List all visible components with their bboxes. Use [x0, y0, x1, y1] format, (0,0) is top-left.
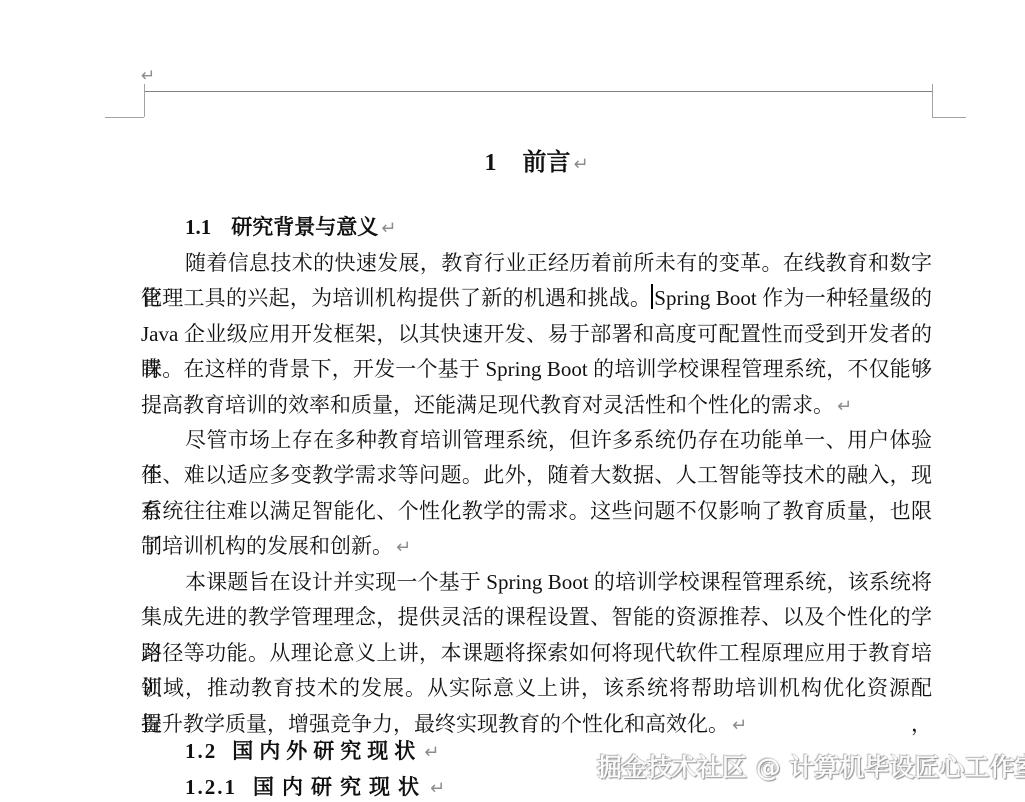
margin-mark-left-vertical: [144, 84, 145, 117]
text-cursor: [651, 284, 653, 309]
text-line[interactable]: 了培训机构的发展和创新。↵: [141, 529, 932, 564]
text-line[interactable]: 路径等功能。从理论意义上讲，本课题将探索如何将现代软件工程原理应用于教育培训: [141, 636, 932, 671]
document-page: ↵ 1前言↵ 1.1研究背景与意义↵ 随着信息技术的快速发展，教育行业正经历着前…: [0, 0, 1025, 802]
text-line[interactable]: Java 企业级应用开发框架，以其快速开发、易于部署和高度可配置性而受到开发者的…: [141, 317, 932, 352]
heading-text: 国内研究现状: [253, 775, 427, 799]
chapter-title[interactable]: 1前言↵: [141, 147, 932, 181]
text-line[interactable]: 尽管市场上存在多种教育培训管理系统，但许多系统仍存在功能单一、用户体验不: [141, 423, 932, 458]
heading-text: 研究背景与意义: [231, 215, 378, 239]
paragraph-mark-icon: ↵: [732, 715, 747, 736]
paragraph-mark-icon: ↵: [381, 218, 396, 239]
margin-mark-right-vertical: [932, 84, 933, 117]
heading-number: 1.1: [185, 215, 211, 239]
heading-text: 国内外研究现状: [232, 739, 421, 763]
paragraph-mark-icon: ↵: [430, 778, 445, 799]
text-boundary-top-line: [144, 91, 932, 92]
paragraph-3: 本课题旨在设计并实现一个基于 Spring Boot 的培训学校课程管理系统，该…: [141, 565, 932, 742]
header-paragraph-mark-icon: ↵: [141, 68, 155, 85]
text-line[interactable]: 领域，推动教育技术的发展。从实际意义上讲，该系统将帮助培训机构优化资源配置，: [141, 671, 932, 706]
heading-number: 1.2.1: [185, 775, 237, 799]
paragraph-mark-icon: ↵: [424, 742, 439, 763]
text-line[interactable]: 本课题旨在设计并实现一个基于 Spring Boot 的培训学校课程管理系统，该…: [141, 565, 932, 600]
text-line[interactable]: 提高教育培训的效率和质量，还能满足现代教育对灵活性和个性化的需求。↵: [141, 388, 932, 423]
chapter-title-text: 前言: [522, 150, 570, 176]
chapter-number: 1: [484, 150, 496, 176]
watermark: 掘金技术社区 @ 计算机毕设匠心工作室: [597, 748, 1025, 784]
text-line[interactable]: 集成先进的教学管理理念，提供灵活的课程设置、智能的资源推荐、以及个性化的学习: [141, 600, 932, 635]
paragraph-2: 尽管市场上存在多种教育培训管理系统，但许多系统仍存在功能单一、用户体验不 佳、难…: [141, 423, 932, 565]
paragraph-1: 随着信息技术的快速发展，教育行业正经历着前所未有的变革。在线教育和数字化 管理工…: [141, 246, 932, 423]
text-line[interactable]: 管理工具的兴起，为培训机构提供了新的机遇和挑战。Spring Boot 作为一种…: [141, 281, 932, 316]
text-line[interactable]: 睐。在这样的背景下，开发一个基于 Spring Boot 的培训学校课程管理系统…: [141, 352, 932, 387]
text-segment: 提高教育培训的效率和质量，还能满足现代教育对灵活性和个性化的需求。: [141, 393, 834, 417]
text-line[interactable]: 系统往往难以满足智能化、个性化教学的需求。这些问题不仅影响了教育质量，也限制: [141, 494, 932, 529]
text-line[interactable]: 随着信息技术的快速发展，教育行业正经历着前所未有的变革。在线教育和数字化: [141, 246, 932, 281]
paragraph-mark-icon: ↵: [573, 154, 588, 175]
paragraph-mark-icon: ↵: [396, 537, 411, 558]
paragraph-mark-icon: ↵: [837, 396, 852, 417]
heading-number: 1.2: [185, 739, 217, 763]
text-segment: 了培训机构的发展和创新。: [141, 534, 393, 558]
text-segment: 管理工具的兴起，为培训机构提供了新的机遇和挑战。: [141, 286, 651, 310]
text-segment: Spring Boot 作为一种轻量级的: [654, 286, 932, 310]
text-line[interactable]: 佳、难以适应多变教学需求等问题。此外，随着大数据、人工智能等技术的融入，现有: [141, 458, 932, 493]
text-segment: 提升教学质量，增强竞争力，最终实现教育的个性化和高效化。: [141, 712, 729, 736]
heading-1-1[interactable]: 1.1研究背景与意义↵: [141, 212, 932, 244]
margin-mark-left-horizontal: [105, 117, 144, 118]
margin-mark-right-horizontal: [932, 117, 966, 118]
